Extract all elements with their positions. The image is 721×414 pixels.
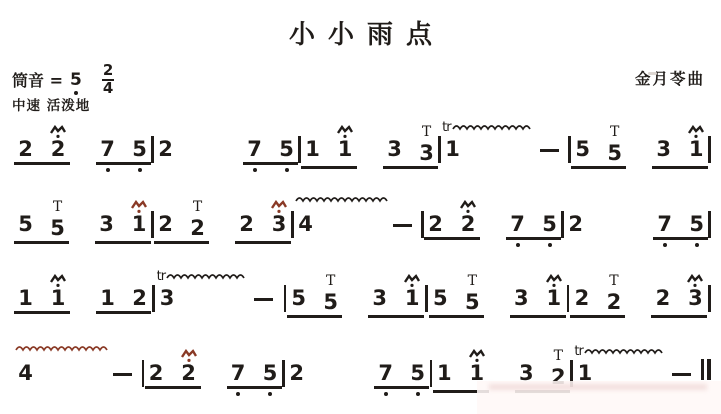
note-number: 5: [18, 214, 33, 237]
note-number: 2: [607, 292, 622, 315]
sheet-music-canvas: 小小雨点 筒音 = 5 2 4 中速 活泼地 金月苓曲 2275275113T3…: [0, 0, 721, 414]
time-signature: 2 4: [102, 63, 114, 97]
ornament-space: [460, 195, 476, 214]
note-number: 1: [689, 139, 704, 162]
note-number: 4: [298, 214, 313, 237]
note: 5: [132, 120, 147, 162]
dash-note: [393, 224, 412, 227]
note-group: 4: [294, 195, 357, 240]
note-group: 75: [96, 120, 151, 165]
note-number: 5: [575, 139, 590, 162]
note: 2: [428, 195, 443, 237]
note-number: 1: [338, 139, 353, 162]
note-group: 12: [96, 269, 151, 314]
ornament-space: [387, 195, 417, 214]
dayin-mark: T: [419, 120, 434, 143]
rest-dash: [107, 344, 137, 386]
dash-note: [113, 373, 132, 376]
note: T2: [190, 195, 205, 241]
dayin-mark: T: [50, 195, 65, 218]
music-line: 2275275113T3tr15T531: [0, 120, 721, 195]
note-number: 2: [132, 288, 147, 311]
note: 3: [387, 120, 402, 166]
measure: 1112: [14, 269, 151, 314]
note-number: 5: [542, 214, 557, 237]
note: 2: [158, 195, 173, 241]
note: 1: [688, 120, 704, 166]
note: 5: [291, 269, 306, 315]
tempo-marking: 中速 活泼地: [12, 94, 90, 114]
rest-dash: [387, 195, 417, 237]
low-octave-dot: [695, 243, 699, 247]
ornament-space: [289, 344, 304, 363]
note: 2: [239, 195, 254, 241]
wave-line: [295, 195, 391, 204]
note: 5: [18, 195, 33, 241]
note-group: 31: [652, 120, 708, 169]
ornament-space: [542, 195, 557, 214]
note-group: [530, 120, 568, 165]
note-number: 2: [568, 214, 583, 237]
note-number: 2: [158, 139, 173, 162]
note-group: 31: [510, 269, 566, 318]
note-group: 31: [368, 269, 424, 318]
ornament-space: [689, 195, 704, 214]
note-number: 7: [657, 214, 672, 237]
measure: 2T223: [154, 195, 291, 244]
note-group: 2: [564, 195, 627, 240]
ornament-space: [657, 195, 672, 214]
note-number: 7: [247, 139, 262, 162]
note-number: 5: [291, 288, 306, 311]
note-number: 5: [50, 218, 65, 241]
note: 2: [574, 269, 589, 315]
scan-artifact-speck: [648, 72, 657, 75]
ornament-space: [534, 120, 564, 139]
note: 1: [404, 269, 420, 315]
note-number: 2: [190, 218, 205, 241]
trill-label: tr: [442, 120, 450, 135]
low-octave-dot: [516, 243, 520, 247]
measure: 275: [564, 195, 708, 240]
wave-line: [15, 344, 111, 353]
ornament-space: [666, 344, 696, 363]
note: 1: [18, 269, 33, 311]
note-number: 7: [510, 214, 525, 237]
note: 3: [372, 269, 387, 315]
low-octave-dot: [663, 243, 667, 247]
note-number: 7: [231, 363, 246, 386]
ornament-space: [378, 344, 393, 363]
measure: 275: [154, 120, 298, 165]
note-number: 1: [18, 288, 33, 311]
note-number: 2: [149, 363, 164, 386]
measure: 5T531: [429, 269, 566, 318]
measure: 4: [14, 344, 141, 389]
note-group: 75: [506, 195, 561, 240]
note: 2: [655, 269, 670, 315]
trill-mark: tr: [157, 269, 250, 284]
barline: [708, 136, 711, 163]
note: 3: [271, 195, 287, 241]
note-number: 5: [323, 292, 338, 315]
note-group: 31: [95, 195, 151, 244]
note: 7: [231, 344, 246, 386]
trill-label: tr: [574, 344, 582, 359]
ornament-space: [239, 195, 254, 214]
measure: 5T531: [571, 120, 708, 169]
note: 3: [656, 120, 671, 166]
note-group: 2T2: [570, 269, 625, 318]
dash-note: [540, 149, 559, 152]
note: T5: [607, 120, 622, 166]
note: 2: [181, 344, 197, 386]
dayin-mark: T: [190, 195, 205, 218]
final-barline: [701, 359, 711, 380]
ornament-space: [437, 344, 452, 363]
note-group: 22: [14, 120, 70, 165]
dayin-mark: T: [551, 344, 566, 367]
ornament-space: [519, 344, 534, 363]
key-signature: 筒音 = 5 2 4: [12, 63, 114, 97]
note: 7: [100, 120, 115, 162]
measure: 5T531: [14, 195, 151, 244]
note-number: 3: [387, 139, 402, 162]
note: 2: [289, 344, 304, 386]
note: 3: [514, 269, 529, 315]
note-group: 5T5: [287, 269, 342, 318]
note-number: 1: [132, 214, 147, 237]
key-note: 5: [70, 70, 82, 90]
low-octave-dot: [253, 168, 257, 172]
note: 7: [378, 344, 393, 386]
note-number: 2: [289, 363, 304, 386]
measure: 113T3: [301, 120, 438, 169]
note: 2: [149, 344, 164, 386]
note: tr1: [577, 344, 592, 386]
note: 5: [410, 344, 425, 386]
note-number: 7: [100, 139, 115, 162]
note: 2: [18, 120, 33, 162]
note: 1: [305, 120, 320, 166]
note-number: 3: [688, 288, 703, 311]
note: T5: [323, 269, 338, 315]
note: 5: [542, 195, 557, 237]
ornament-space: [107, 344, 137, 363]
ornament-space: [263, 344, 278, 363]
low-octave-dot: [416, 392, 420, 396]
barline: [708, 211, 711, 238]
note: 1: [50, 269, 66, 311]
note-number: 3: [160, 288, 175, 311]
note: 7: [510, 195, 525, 237]
note-number: 5: [263, 363, 278, 386]
note-group: 22: [145, 344, 201, 389]
dash-note: [254, 298, 273, 301]
key-note-number: 5: [70, 70, 82, 90]
note: 2: [132, 269, 147, 311]
music-line: 5T5312T22342275275: [0, 195, 721, 270]
dayin-mark: T: [606, 269, 621, 292]
barline: [425, 285, 428, 312]
ornament-space: [158, 195, 173, 214]
note: 5: [263, 344, 278, 386]
note-group: 75: [227, 344, 282, 389]
dayin-mark: T: [323, 269, 338, 292]
measure: 275: [285, 344, 429, 389]
note-number: 5: [279, 139, 294, 162]
note-group: 11: [301, 120, 357, 169]
note-number: 2: [656, 288, 671, 311]
note-number: 5: [689, 214, 704, 237]
measure: 2275: [14, 120, 151, 165]
dayin-mark: T: [465, 269, 480, 292]
note: 5: [689, 195, 704, 237]
ornament-space: [99, 195, 114, 214]
trill-mark: tr: [574, 344, 667, 359]
note-number: 1: [51, 288, 66, 311]
note-group: 75: [374, 344, 429, 389]
note-group: 23: [651, 269, 707, 318]
note-number: 2: [575, 288, 590, 311]
note-number: 2: [239, 214, 254, 237]
note-group: 5T5: [571, 120, 626, 169]
note-group: 2: [154, 120, 217, 165]
ornament-space: [131, 195, 147, 214]
note-number: 1: [405, 288, 420, 311]
note-group: 5T5: [14, 195, 69, 244]
note: 7: [657, 195, 672, 237]
ornament-space: [18, 195, 33, 214]
time-numerator: 2: [103, 63, 113, 79]
note: 1: [100, 269, 115, 311]
note-number: 3: [656, 139, 671, 162]
note-number: 7: [378, 363, 393, 386]
note-number: 4: [18, 363, 33, 386]
measure: 5T531: [287, 269, 424, 318]
note: 7: [247, 120, 262, 162]
note-group: 75: [243, 120, 298, 165]
note-number: 5: [410, 363, 425, 386]
note-group: 75: [653, 195, 708, 240]
note-group: 11: [14, 269, 70, 314]
note-number: 2: [18, 139, 33, 162]
note-number: 2: [461, 214, 476, 237]
measure: tr3: [156, 269, 283, 314]
trill-mark: tr: [442, 120, 535, 135]
note-number: 3: [419, 143, 434, 166]
barline: [708, 285, 711, 312]
rest-dash: [534, 120, 564, 162]
note: 1: [131, 195, 147, 241]
header-meta: 筒音 = 5 2 4 中速 活泼地 金月苓曲: [0, 51, 721, 107]
measure: tr1: [441, 120, 568, 165]
note-group: [245, 269, 283, 314]
note-number: 2: [51, 139, 66, 162]
note: 2: [460, 195, 476, 237]
note-number: 1: [445, 139, 460, 162]
note: 5: [433, 269, 448, 315]
ornament-space: [181, 344, 197, 363]
time-denominator: 4: [102, 79, 114, 97]
note: 4: [18, 344, 33, 386]
ornament-space: [249, 269, 279, 288]
ornament-space: [469, 344, 485, 363]
note: 5: [279, 120, 294, 162]
note-group: 2: [285, 344, 348, 389]
ornament-space: [149, 344, 164, 363]
low-octave-dot: [384, 392, 388, 396]
ornament-space: [510, 195, 525, 214]
note: T2: [606, 269, 621, 315]
note-number: 1: [100, 288, 115, 311]
note: 4: [298, 195, 313, 237]
note: 1: [337, 120, 353, 166]
note: T5: [465, 269, 480, 315]
note-group: tr1: [441, 120, 504, 165]
note-number: 3: [99, 214, 114, 237]
measure: 4: [294, 195, 421, 240]
ornament-space: [428, 195, 443, 214]
note-number: 5: [433, 288, 448, 311]
note-number: 3: [272, 214, 287, 237]
composer-credit: 金月苓曲: [635, 67, 705, 89]
note-group: 23: [235, 195, 291, 244]
note-number: 1: [546, 288, 561, 311]
score-area: 2275275113T3tr15T5315T5312T2234227527511…: [0, 120, 721, 414]
note-group: 22: [424, 195, 480, 240]
note: T3: [419, 120, 434, 166]
dash-note: [672, 373, 691, 376]
note: 5: [575, 120, 590, 166]
note-group: 4: [14, 344, 77, 389]
note: tr3: [160, 269, 175, 311]
note-number: 5: [465, 292, 480, 315]
erased-patch-overlay: [477, 381, 721, 414]
low-octave-dot: [285, 168, 289, 172]
note-number: 2: [181, 363, 196, 386]
note-number: 1: [437, 363, 452, 386]
measure: 2275: [145, 344, 282, 389]
note-number: 2: [158, 214, 173, 237]
low-octave-dot: [236, 392, 240, 396]
measure: 2275: [424, 195, 561, 240]
note-group: 3T3: [383, 120, 438, 169]
note: 1: [437, 344, 452, 390]
note: tr1: [445, 120, 460, 162]
low-octave-dot: [548, 243, 552, 247]
ornament-space: [568, 195, 583, 214]
ornament-space: [410, 344, 425, 363]
rest-dash: [249, 269, 279, 311]
note: 1: [546, 269, 562, 315]
barline: [152, 285, 155, 312]
note-number: 1: [305, 139, 320, 162]
note-number: 5: [607, 143, 622, 166]
note-number: 3: [372, 288, 387, 311]
note-number: 5: [132, 139, 147, 162]
note-number: 3: [514, 288, 529, 311]
ornament-space: [271, 195, 287, 214]
music-line: 1112tr35T5315T5312T223: [0, 269, 721, 344]
note-group: tr3: [156, 269, 219, 314]
note: 2: [158, 120, 173, 162]
trill-label: tr: [157, 269, 165, 284]
note-group: 5T5: [429, 269, 484, 318]
key-prefix-label: 筒音 =: [12, 68, 63, 91]
barline: [567, 285, 570, 312]
barline: [284, 285, 287, 312]
note: T5: [50, 195, 65, 241]
low-octave-dot: [106, 168, 110, 172]
measure: 2T223: [570, 269, 707, 318]
erase-smudge: [489, 384, 707, 390]
page-title: 小小雨点: [0, 0, 721, 51]
note-group: 2T2: [154, 195, 209, 244]
ornament-space: [231, 344, 246, 363]
note: 3: [99, 195, 114, 241]
note: 2: [50, 120, 66, 162]
rest-dash: [666, 344, 696, 386]
note: 3: [687, 269, 703, 315]
low-octave-dot: [138, 168, 142, 172]
low-octave-dot: [268, 392, 272, 396]
note: 2: [568, 195, 583, 237]
note-number: 2: [428, 214, 443, 237]
dayin-mark: T: [607, 120, 622, 143]
